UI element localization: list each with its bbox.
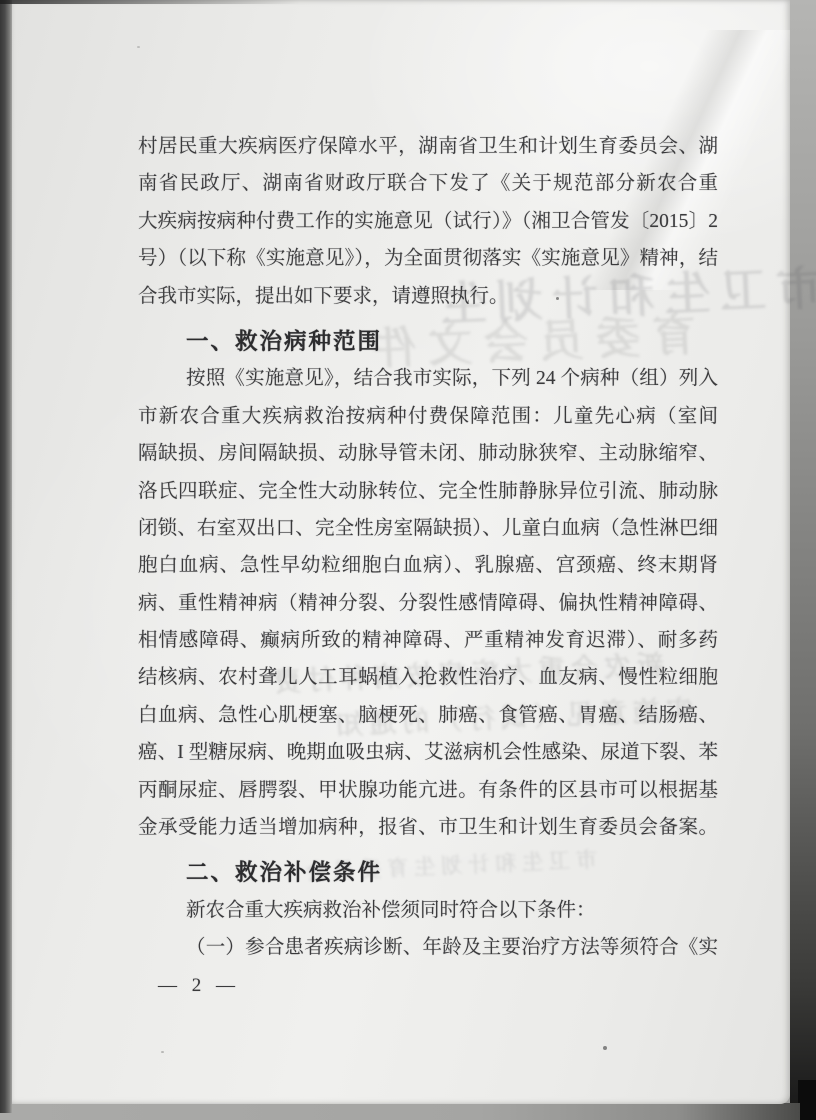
- section-heading: 二、救治补偿条件: [138, 854, 718, 891]
- text-line: 按照《实施意见》，结合我市实际，下列 24 个病种（组）列入我: [138, 360, 718, 397]
- scan-bottom-edge: [0, 1103, 800, 1120]
- text-line: 结核病、农村聋儿人工耳蜗植入抢救性治疗、血友病、慢性粒细胞: [138, 659, 718, 696]
- text-line: 金承受能力适当增加病种，报省、市卫生和计划生育委员会备案。: [138, 809, 718, 846]
- scan-right-edge: [790, 0, 816, 1120]
- text-line: 闭锁、右室双出口、完全性房室隔缺损）、儿童白血病（急性淋巴细: [138, 510, 718, 547]
- text-line: 癌、I 型糖尿病、晚期血吸虫病、艾滋病机会性感染、尿道下裂、苯: [138, 734, 718, 771]
- scan-top-edge: [0, 0, 300, 4]
- scan-corner-shadow: [798, 1080, 816, 1120]
- text-line: 洛氏四联症、完全性大动脉转位、完全性肺静脉异位引流、肺动脉: [138, 473, 718, 510]
- text-block: 村居民重大疾病医疗保障水平，湖南省卫生和计划生育委员会、湖南省民政厅、湖南省财政…: [138, 128, 718, 1004]
- scan-left-edge: [0, 0, 12, 1113]
- text-line: （一）参合患者疾病诊断、年龄及主要治疗方法等须符合《实: [138, 929, 718, 966]
- text-line: 合我市实际，提出如下要求，请遵照执行。: [138, 278, 718, 315]
- scan-speck: [137, 46, 140, 48]
- text-line: 相情感障碍、癫病所致的精神障碍、严重精神发育迟滞）、耐多药: [138, 622, 718, 659]
- text-line: 丙酮尿症、唇腭裂、甲状腺功能亢进。有条件的区县市可以根据基: [138, 772, 718, 809]
- section-heading: 一、救治病种范围: [138, 323, 718, 360]
- text-line: 病、重性精神病（精神分裂、分裂性感情障碍、偏执性精神障碍、双: [138, 585, 718, 622]
- text-line: 南省民政厅、湖南省财政厅联合下发了《关于规范部分新农合重: [138, 165, 718, 202]
- text-line: 新农合重大疾病救治补偿须同时符合以下条件：: [138, 892, 718, 929]
- text-line: 市新农合重大疾病救治按病种付费保障范围：儿童先心病（室间: [138, 398, 718, 435]
- scan-speck: [161, 1051, 164, 1053]
- text-line: 白血病、急性心肌梗塞、脑梗死、肺癌、食管癌、胃癌、结肠癌、直肠: [138, 697, 718, 734]
- page-number: — 2 —: [138, 967, 718, 1004]
- text-line: 隔缺损、房间隔缺损、动脉导管未闭、肺动脉狭窄、主动脉缩窄、法: [138, 435, 718, 472]
- scanned-document-page: { "page": { "number_label": "— 2 —" }, "…: [0, 0, 816, 1120]
- scan-speck: [603, 1046, 607, 1050]
- text-line: 大疾病按病种付费工作的实施意见（试行）》（湘卫合管发〔2015〕2: [138, 203, 718, 240]
- text-line: 胞白血病、急性早幼粒细胞白血病）、乳腺癌、宫颈癌、终末期肾: [138, 547, 718, 584]
- text-line: 号）（以下称《实施意见》），为全面贯彻落实《实施意见》精神，结: [138, 240, 718, 277]
- text-line: 村居民重大疾病医疗保障水平，湖南省卫生和计划生育委员会、湖: [138, 128, 718, 165]
- scan-speck: [556, 297, 559, 300]
